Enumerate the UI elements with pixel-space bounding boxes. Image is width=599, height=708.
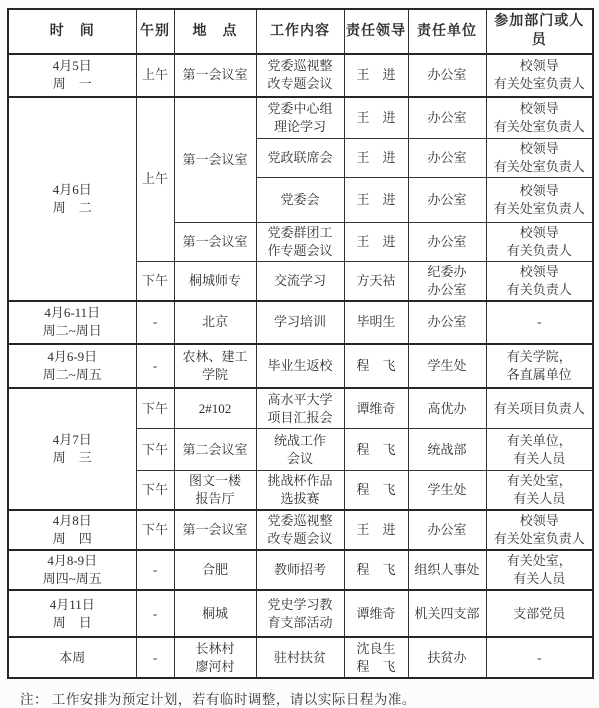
table-row: 本周 - 长林村 廖河村 驻村扶贫 沈良生 程 飞 扶贫办 - bbox=[8, 637, 593, 678]
cell-unit: 办公室 bbox=[408, 97, 486, 139]
cell-session: - bbox=[136, 637, 174, 678]
table-row: 4月8-9日 周四~周五 - 合肥 教师招考 程 飞 组织人事处 有关处室， 有… bbox=[8, 550, 593, 590]
cell-unit: 学生处 bbox=[408, 471, 486, 510]
table-row: 4月8日 周 四 下午 第一会议室 党委巡视整 改专题会议 王 进 办公室 校领… bbox=[8, 510, 593, 550]
cell-unit: 高优办 bbox=[408, 388, 486, 429]
cell-participants: 校领导 有关处室负责人 bbox=[486, 54, 593, 97]
cell-place: 合肥 bbox=[174, 550, 256, 590]
cell-place: 桐城 bbox=[174, 590, 256, 637]
cell-participants: 校领导 有关处室负责人 bbox=[486, 97, 593, 139]
cell-leader: 谭维奇 bbox=[344, 590, 408, 637]
schedule-sheet: 时 间 午别 地 点 工作内容 责任领导 责任单位 参加部门或人员 4月5日 周… bbox=[7, 8, 592, 679]
cell-session: - bbox=[136, 590, 174, 637]
cell-leader: 王 进 bbox=[344, 97, 408, 139]
cell-content: 教师招考 bbox=[256, 550, 344, 590]
header-participants: 参加部门或人员 bbox=[486, 9, 593, 54]
cell-session: 上午 bbox=[136, 54, 174, 97]
cell-participants: 校领导 有关负责人 bbox=[486, 223, 593, 262]
cell-place: 2#102 bbox=[174, 388, 256, 429]
cell-time: 4月6-9日 周二~周五 bbox=[8, 344, 136, 388]
cell-leader: 王 进 bbox=[344, 54, 408, 97]
cell-content: 党委巡视整 改专题会议 bbox=[256, 54, 344, 97]
cell-content: 党委群团工 作专题会议 bbox=[256, 223, 344, 262]
cell-place: 北京 bbox=[174, 301, 256, 344]
cell-session: - bbox=[136, 301, 174, 344]
cell-participants: 校领导 有关处室负责人 bbox=[486, 510, 593, 550]
cell-unit: 办公室 bbox=[408, 301, 486, 344]
table-row: 4月7日 周 三 下午 2#102 高水平大学 项目汇报会 谭维奇 高优办 有关… bbox=[8, 388, 593, 429]
cell-time: 4月8日 周 四 bbox=[8, 510, 136, 550]
cell-place: 第一会议室 bbox=[174, 510, 256, 550]
cell-place: 桐城师专 bbox=[174, 261, 256, 300]
cell-session: 下午 bbox=[136, 261, 174, 300]
cell-unit: 办公室 bbox=[408, 54, 486, 97]
cell-leader: 程 飞 bbox=[344, 550, 408, 590]
cell-place: 农林、建工 学院 bbox=[174, 344, 256, 388]
cell-participants: - bbox=[486, 301, 593, 344]
cell-content: 党政联席会 bbox=[256, 139, 344, 178]
cell-place: 图文一楼 报告厅 bbox=[174, 471, 256, 510]
cell-time: 4月5日 周 一 bbox=[8, 54, 136, 97]
header-content: 工作内容 bbox=[256, 9, 344, 54]
cell-place: 第一会议室 bbox=[174, 54, 256, 97]
table-row: 4月5日 周 一 上午 第一会议室 党委巡视整 改专题会议 王 进 办公室 校领… bbox=[8, 54, 593, 97]
cell-leader: 谭维奇 bbox=[344, 388, 408, 429]
schedule-table: 时 间 午别 地 点 工作内容 责任领导 责任单位 参加部门或人员 4月5日 周… bbox=[7, 8, 594, 679]
cell-unit: 办公室 bbox=[408, 178, 486, 223]
cell-session: 上午 bbox=[136, 97, 174, 262]
table-row: 4月6-9日 周二~周五 - 农林、建工 学院 毕业生返校 程 飞 学生处 有关… bbox=[8, 344, 593, 388]
cell-place: 第一会议室 bbox=[174, 97, 256, 223]
table-row: 4月11日 周 日 - 桐城 党史学习教 育支部活动 谭维奇 机关四支部 支部党… bbox=[8, 590, 593, 637]
cell-leader: 沈良生 程 飞 bbox=[344, 637, 408, 678]
cell-session: 下午 bbox=[136, 510, 174, 550]
cell-place: 长林村 廖河村 bbox=[174, 637, 256, 678]
cell-session: 下午 bbox=[136, 471, 174, 510]
cell-participants: 校领导 有关负责人 bbox=[486, 261, 593, 300]
cell-leader: 程 飞 bbox=[344, 429, 408, 471]
cell-participants: 校领导 有关处室负责人 bbox=[486, 178, 593, 223]
cell-participants: 有关处室， 有关人员 bbox=[486, 550, 593, 590]
cell-time: 本周 bbox=[8, 637, 136, 678]
cell-leader: 程 飞 bbox=[344, 471, 408, 510]
cell-session: - bbox=[136, 550, 174, 590]
cell-participants: 有关学院， 各直属单位 bbox=[486, 344, 593, 388]
cell-content: 党委会 bbox=[256, 178, 344, 223]
header-session: 午别 bbox=[136, 9, 174, 54]
cell-leader: 程 飞 bbox=[344, 344, 408, 388]
header-row: 时 间 午别 地 点 工作内容 责任领导 责任单位 参加部门或人员 bbox=[8, 9, 593, 54]
cell-unit: 办公室 bbox=[408, 223, 486, 262]
cell-place: 第一会议室 bbox=[174, 223, 256, 262]
cell-participants: - bbox=[486, 637, 593, 678]
cell-content: 挑战杯作品 选拔赛 bbox=[256, 471, 344, 510]
cell-unit: 学生处 bbox=[408, 344, 486, 388]
cell-participants: 有关处室， 有关人员 bbox=[486, 471, 593, 510]
cell-unit: 组织人事处 bbox=[408, 550, 486, 590]
cell-content: 毕业生返校 bbox=[256, 344, 344, 388]
cell-leader: 王 进 bbox=[344, 139, 408, 178]
cell-content: 党委巡视整 改专题会议 bbox=[256, 510, 344, 550]
cell-leader: 王 进 bbox=[344, 510, 408, 550]
cell-time: 4月8-9日 周四~周五 bbox=[8, 550, 136, 590]
cell-participants: 有关单位， 有关人员 bbox=[486, 429, 593, 471]
table-row: 4月6日 周 二 上午 第一会议室 党委中心组 理论学习 王 进 办公室 校领导… bbox=[8, 97, 593, 139]
cell-content: 高水平大学 项目汇报会 bbox=[256, 388, 344, 429]
header-unit: 责任单位 bbox=[408, 9, 486, 54]
cell-unit: 机关四支部 bbox=[408, 590, 486, 637]
cell-participants: 校领导 有关处室负责人 bbox=[486, 139, 593, 178]
cell-unit: 办公室 bbox=[408, 510, 486, 550]
cell-leader: 方天祜 bbox=[344, 261, 408, 300]
cell-participants: 有关项目负责人 bbox=[486, 388, 593, 429]
cell-content: 驻村扶贫 bbox=[256, 637, 344, 678]
cell-unit: 纪委办 办公室 bbox=[408, 261, 486, 300]
cell-content: 党委中心组 理论学习 bbox=[256, 97, 344, 139]
cell-participants: 支部党员 bbox=[486, 590, 593, 637]
cell-time: 4月6日 周 二 bbox=[8, 97, 136, 301]
cell-unit: 扶贫办 bbox=[408, 637, 486, 678]
cell-time: 4月11日 周 日 bbox=[8, 590, 136, 637]
header-place: 地 点 bbox=[174, 9, 256, 54]
cell-session: 下午 bbox=[136, 388, 174, 429]
cell-time: 4月7日 周 三 bbox=[8, 388, 136, 510]
table-row: 4月6-11日 周二~周日 - 北京 学习培训 毕明生 办公室 - bbox=[8, 301, 593, 344]
cell-leader: 王 进 bbox=[344, 223, 408, 262]
cell-leader: 王 进 bbox=[344, 178, 408, 223]
cell-content: 学习培训 bbox=[256, 301, 344, 344]
cell-content: 统战工作 会议 bbox=[256, 429, 344, 471]
cell-content: 交流学习 bbox=[256, 261, 344, 300]
header-leader: 责任领导 bbox=[344, 9, 408, 54]
cell-unit: 办公室 bbox=[408, 139, 486, 178]
cell-leader: 毕明生 bbox=[344, 301, 408, 344]
cell-session: - bbox=[136, 344, 174, 388]
cell-time: 4月6-11日 周二~周日 bbox=[8, 301, 136, 344]
header-time: 时 间 bbox=[8, 9, 136, 54]
cell-place: 第二会议室 bbox=[174, 429, 256, 471]
cell-content: 党史学习教 育支部活动 bbox=[256, 590, 344, 637]
cell-session: 下午 bbox=[136, 429, 174, 471]
cell-unit: 统战部 bbox=[408, 429, 486, 471]
